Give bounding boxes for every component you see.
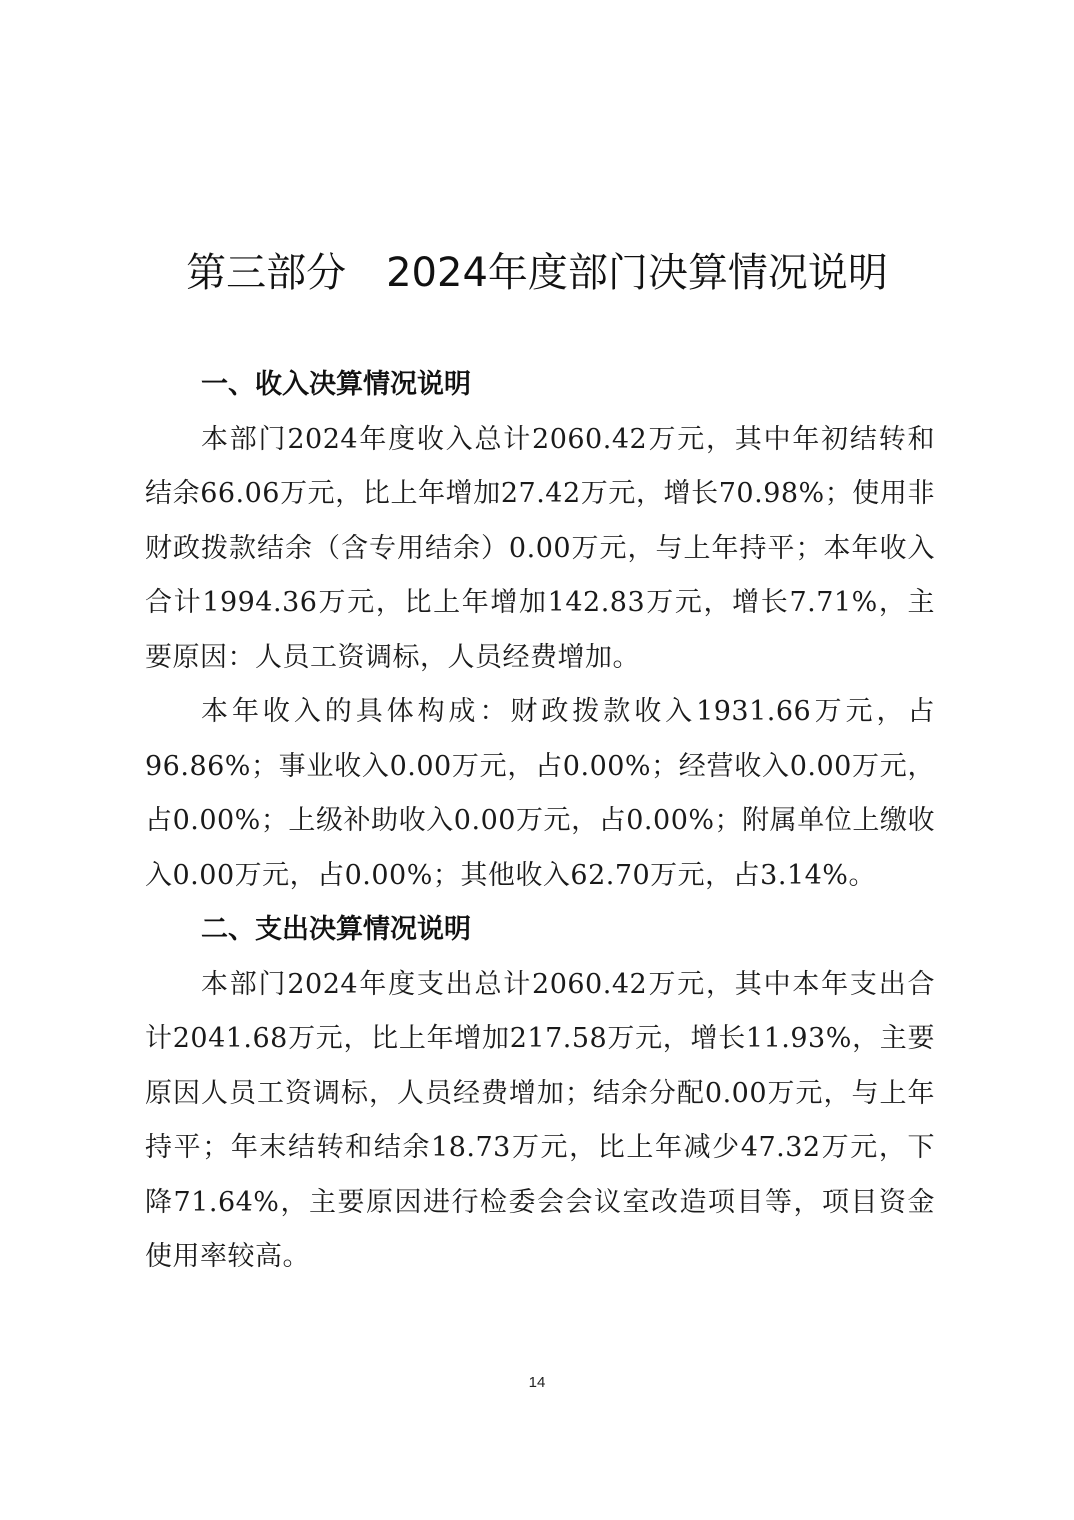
section-expenditure: 二、支出决算情况说明 本部门2024年度支出总计2060.42万元，其中本年支出… — [145, 903, 935, 1285]
section-heading-income: 一、收入决算情况说明 — [145, 358, 935, 413]
paragraph-expenditure-summary: 本部门2024年度支出总计2060.42万元，其中本年支出合计2041.68万元… — [145, 958, 935, 1285]
paragraph-income-summary: 本部门2024年度收入总计2060.42万元，其中年初结转和结余66.06万元，… — [145, 413, 935, 686]
page-number: 14 — [0, 1374, 1074, 1391]
document-page: 第三部分 2024年度部门决算情况说明 一、收入决算情况说明 本部门2024年度… — [0, 0, 1074, 1520]
section-income: 一、收入决算情况说明 本部门2024年度收入总计2060.42万元，其中年初结转… — [145, 358, 935, 903]
document-body: 一、收入决算情况说明 本部门2024年度收入总计2060.42万元，其中年初结转… — [145, 358, 935, 1285]
page-title: 第三部分 2024年度部门决算情况说明 — [0, 246, 1074, 300]
paragraph-income-composition: 本年收入的具体构成：财政拨款收入1931.66万元，占96.86%；事业收入0.… — [145, 685, 935, 903]
section-heading-expenditure: 二、支出决算情况说明 — [145, 903, 935, 958]
